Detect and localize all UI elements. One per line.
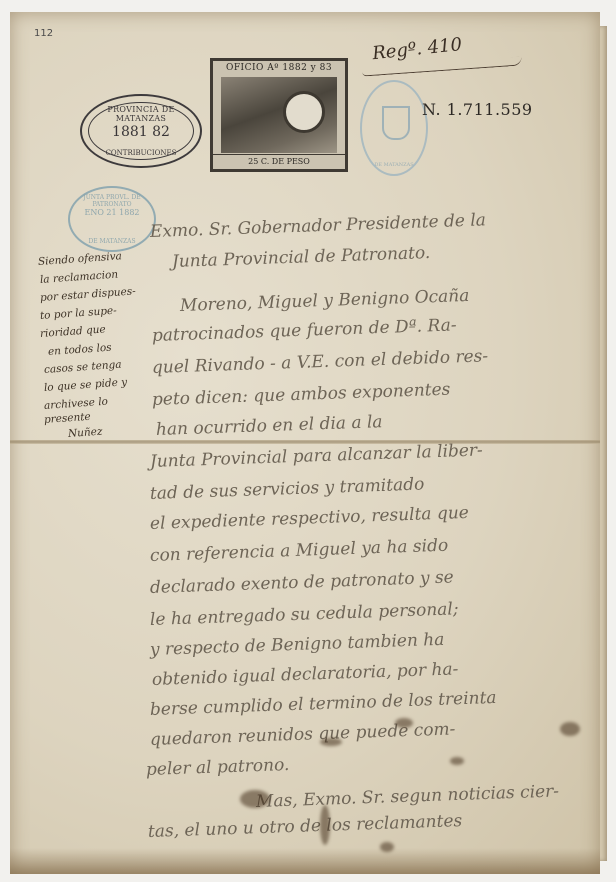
- blue-stamp-bottom-text: DE MATANZAS: [70, 238, 154, 245]
- blue-stamp-date: ENO 21 1882: [70, 208, 154, 217]
- ink-blot: [240, 790, 270, 808]
- ink-blot: [560, 722, 580, 736]
- junta-patronato-stamp: JUNTA PROVL. DE PATRONATO ENO 21 1882 DE…: [68, 186, 156, 252]
- coat-of-arms-icon: [382, 106, 410, 140]
- oval-stamp-top-text: PROVINCIA DE MATANZAS: [82, 105, 200, 123]
- margin-signature: Nuñez: [68, 426, 103, 440]
- bottom-edge-stain: [10, 848, 600, 874]
- medallion-icon: [283, 91, 325, 133]
- page-number: 112: [34, 28, 53, 39]
- ink-blot: [380, 842, 394, 852]
- crest-stamp: DE MATANZAS: [360, 80, 428, 176]
- ink-blot: [320, 738, 342, 746]
- revenue-stamp: OFICIO Aº 1882 y 83 25 C. DE PESO: [210, 58, 348, 172]
- serial-number: N. 1.711.559: [422, 100, 533, 119]
- paper-fold-crease: [10, 440, 600, 444]
- ink-blot: [320, 805, 330, 845]
- revenue-stamp-value: 25 C. DE PESO: [213, 154, 345, 169]
- ink-blot: [450, 757, 464, 765]
- ink-blot: [395, 718, 413, 728]
- oval-stamp-bottom-text: CONTRIBUCIONES: [82, 149, 200, 157]
- provincia-matanzas-stamp: PROVINCIA DE MATANZAS 1881 82 CONTRIBUCI…: [80, 94, 202, 168]
- blue-stamp-top-text: JUNTA PROVL. DE PATRONATO: [70, 194, 154, 208]
- oval-stamp-year: 1881 82: [82, 124, 200, 140]
- crest-stamp-text: DE MATANZAS: [362, 162, 426, 168]
- revenue-stamp-top-text: OFICIO Aº 1882 y 83: [213, 61, 345, 75]
